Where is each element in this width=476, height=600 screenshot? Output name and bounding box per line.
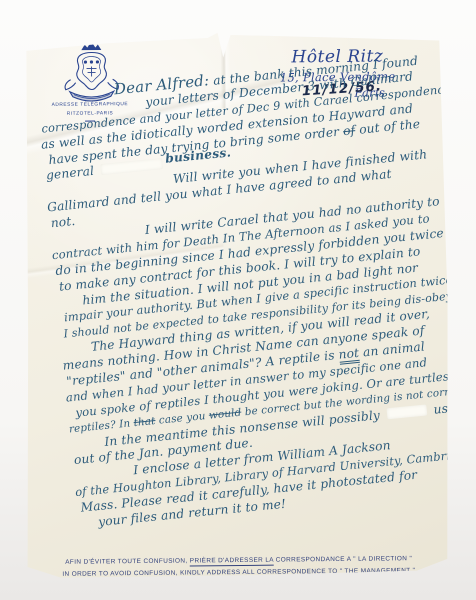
handwriting-block: Dear Alfred: at the bank this morning I … [36,51,476,533]
footer-notice-english: IN ORDER TO AVOID CONFUSION, KINDLY ADDR… [27,567,451,578]
letter-paper: ADRESSE TÉLÉGRAPHIQUE RITZOTEL-PARIS Hôt… [21,28,451,580]
whiteout-patch [386,404,427,419]
footer-french-post: CORRESPONDANCE A " LA DIRECTION " [274,555,413,563]
letter-photo: ADRESSE TÉLÉGRAPHIQUE RITZOTEL-PARIS Hôt… [0,0,476,600]
handwritten-text: not. [50,214,76,230]
footer-french-underlined: PRIÈRE D'ADRESSER LA [190,557,274,566]
handwritten-text: would [208,406,242,421]
footer-french-pre: AFIN D'ÉVITER TOUTE CONFUSION, [65,557,190,565]
printed-footer: AFIN D'ÉVITER TOUTE CONFUSION, PRIÈRE D'… [27,550,451,578]
footer-notice-french: AFIN D'ÉVITER TOUTE CONFUSION, PRIÈRE D'… [27,555,451,566]
handwritten-text: us [429,401,449,417]
handwritten-text: that [133,415,156,429]
